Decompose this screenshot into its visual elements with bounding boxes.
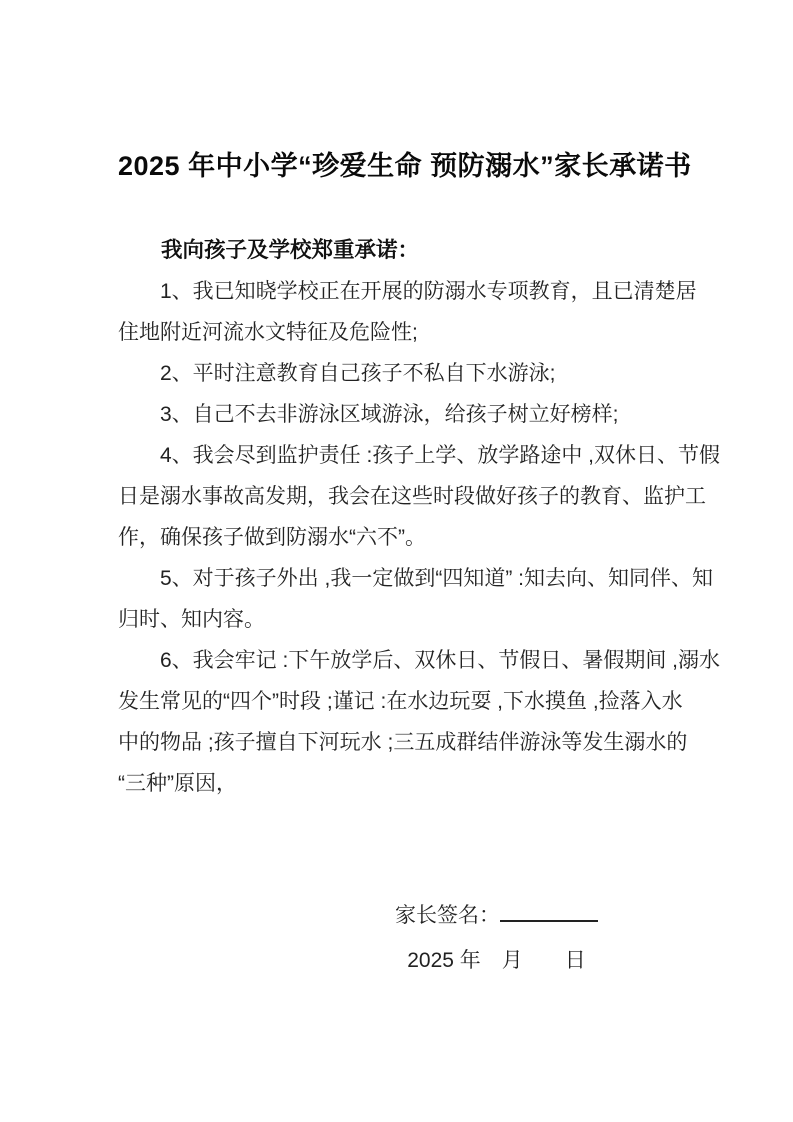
- signature-blank: [500, 902, 598, 922]
- paragraph-line: 发生常见的“四个”时段 ;谨记 :在水边玩耍 ,下水摸鱼 ,捡落入水: [118, 681, 675, 722]
- paragraph-line: 归时、知内容。: [118, 599, 675, 640]
- paragraph-3: 3、自己不去非游泳区域游泳，给孩子树立好榜样;: [118, 394, 675, 435]
- paragraph-line: 2、平时注意教育自己孩子不私自下水游泳;: [118, 353, 675, 394]
- paragraph-6: 6、我会牢记 :下午放学后、双休日、节假日、暑假期间 ,溺水 发生常见的“四个”…: [118, 640, 675, 804]
- paragraph-line: 中的物品 ;孩子擅自下河玩水 ;三五成群结伴游泳等发生溺水的: [118, 722, 675, 763]
- paragraph-4: 4、我会尽到监护责任 :孩子上学、放学路途中 ,双休日、节假 日是溺水事故高发期…: [118, 435, 675, 558]
- document-page: 2025 年中小学“珍爱生命 预防溺水”家长承诺书 我向孩子及学校郑重承诺： 1…: [0, 0, 793, 1122]
- document-body: 1、我已知晓学校正在开展的防溺水专项教育，且已清楚居 住地附近河流水文特征及危险…: [118, 271, 675, 804]
- pledge-heading: 我向孩子及学校郑重承诺：: [118, 230, 675, 271]
- paragraph-5: 5、对于孩子外出 ,我一定做到“四知道” :知去向、知同伴、知 归时、知内容。: [118, 558, 675, 640]
- paragraph-line: 3、自己不去非游泳区域游泳，给孩子树立好榜样;: [118, 394, 675, 435]
- paragraph-1: 1、我已知晓学校正在开展的防溺水专项教育，且已清楚居 住地附近河流水文特征及危险…: [118, 271, 675, 353]
- signature-line: 家长签名：: [318, 893, 675, 938]
- paragraph-line: 5、对于孩子外出 ,我一定做到“四知道” :知去向、知同伴、知: [118, 558, 675, 599]
- date-line: 2025 年 月 日: [318, 938, 675, 983]
- paragraph-line: “三种”原因，: [118, 763, 675, 804]
- signature-block: 家长签名： 2025 年 月 日: [318, 893, 675, 983]
- paragraph-line: 6、我会牢记 :下午放学后、双休日、节假日、暑假期间 ,溺水: [118, 640, 675, 681]
- document-title: 2025 年中小学“珍爱生命 预防溺水”家长承诺书: [118, 0, 675, 187]
- paragraph-2: 2、平时注意教育自己孩子不私自下水游泳;: [118, 353, 675, 394]
- paragraph-line: 住地附近河流水文特征及危险性;: [118, 312, 675, 353]
- paragraph-line: 1、我已知晓学校正在开展的防溺水专项教育，且已清楚居: [118, 271, 675, 312]
- paragraph-line: 作，确保孩子做到防溺水“六不”。: [118, 517, 675, 558]
- signature-label: 家长签名：: [395, 904, 500, 927]
- paragraph-line: 4、我会尽到监护责任 :孩子上学、放学路途中 ,双休日、节假: [118, 435, 675, 476]
- paragraph-line: 日是溺水事故高发期，我会在这些时段做好孩子的教育、监护工: [118, 476, 675, 517]
